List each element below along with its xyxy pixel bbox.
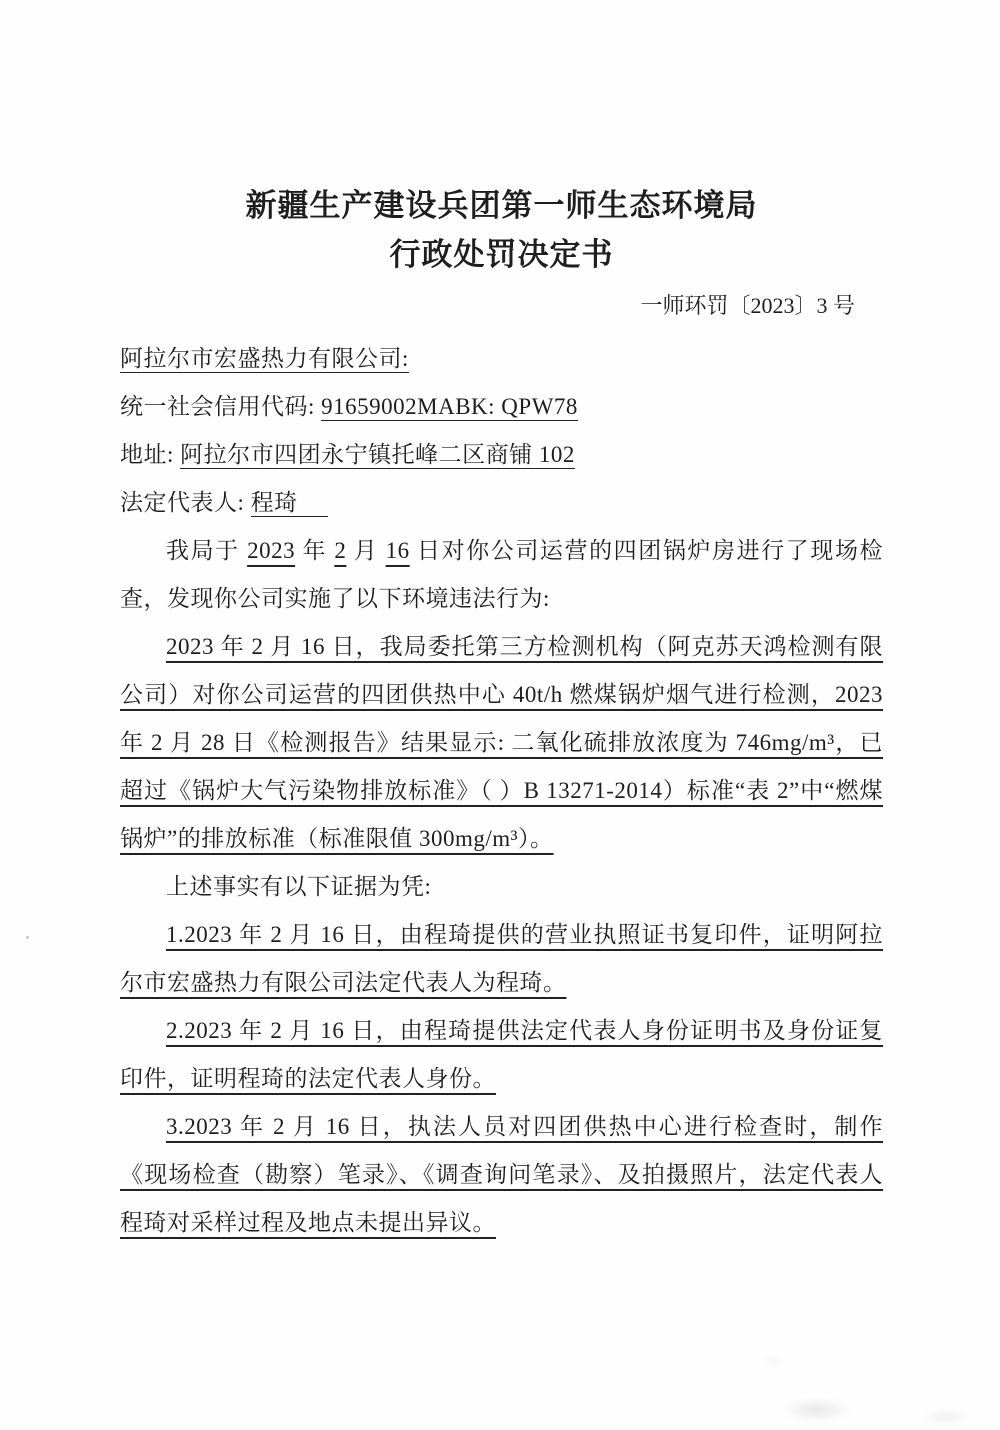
inspection-day: 16 — [386, 538, 410, 563]
inspection-intro-text: 我局于 — [166, 538, 247, 563]
inspection-year: 2023 — [247, 538, 295, 563]
legal-rep-value: 程琦 — [251, 490, 328, 517]
violation-finding-paragraph: 2023 年 2 月 16 日，我局委托第三方检测机构（阿克苏天鸿检测有限公司）… — [120, 623, 883, 863]
evidence-item-2: 2.2023 年 2 月 16 日，由程琦提供法定代表人身份证明书及身份证复印件… — [120, 1007, 883, 1103]
evidence-item-3: 3.2023 年 2 月 16 日，执法人员对四团供热中心进行检查时，制作《现场… — [120, 1103, 883, 1247]
document-number: 一师环罚〔2023〕3 号 — [120, 283, 883, 329]
legal-rep-line: 法定代表人: 程琦 — [120, 479, 883, 527]
inspection-month: 2 — [334, 538, 346, 563]
company-name: 阿拉尔市宏盛热力有限公司: — [120, 346, 409, 373]
address-value: 阿拉尔市四团永宁镇托峰二区商铺 102 — [180, 442, 575, 469]
document-body: 阿拉尔市宏盛热力有限公司: 统一社会信用代码: 91659002MABK: QP… — [120, 335, 883, 1247]
scan-smudge — [918, 1410, 972, 1424]
document-title-line2: 行政处罚决定书 — [120, 229, 883, 281]
recipient-company-line: 阿拉尔市宏盛热力有限公司: — [120, 335, 883, 383]
document-title-line1: 新疆生产建设兵团第一师生态环境局 — [120, 183, 883, 229]
inspection-intro-text: 月 — [346, 538, 385, 563]
inspection-intro-paragraph: 我局于 2023 年 2 月 16 日对你公司运营的四团锅炉房进行了现场检查，发… — [120, 527, 883, 623]
evidence-item-1: 1.2023 年 2 月 16 日，由程琦提供的营业执照证书复印件，证明阿拉尔市… — [120, 911, 883, 1007]
inspection-intro-text: 年 — [295, 538, 334, 563]
evidence-intro-paragraph: 上述事实有以下证据为凭: — [120, 863, 883, 911]
address-label: 地址: — [120, 442, 180, 467]
address-line: 地址: 阿拉尔市四团永宁镇托峰二区商铺 102 — [120, 431, 883, 479]
scan-smudge — [782, 1398, 852, 1422]
credit-code-line: 统一社会信用代码: 91659002MABK: QPW78 — [120, 383, 883, 431]
legal-rep-label: 法定代表人: — [120, 490, 251, 515]
document-content: 新疆生产建设兵团第一师生态环境局 行政处罚决定书 一师环罚〔2023〕3 号 阿… — [120, 0, 883, 1247]
scanned-document-page: 新疆生产建设兵团第一师生态环境局 行政处罚决定书 一师环罚〔2023〕3 号 阿… — [0, 0, 1000, 1430]
credit-code-value: 91659002MABK: QPW78 — [321, 394, 578, 421]
scan-smudge — [764, 1356, 782, 1366]
credit-code-label: 统一社会信用代码: — [120, 394, 321, 419]
scan-speckle — [26, 936, 29, 939]
